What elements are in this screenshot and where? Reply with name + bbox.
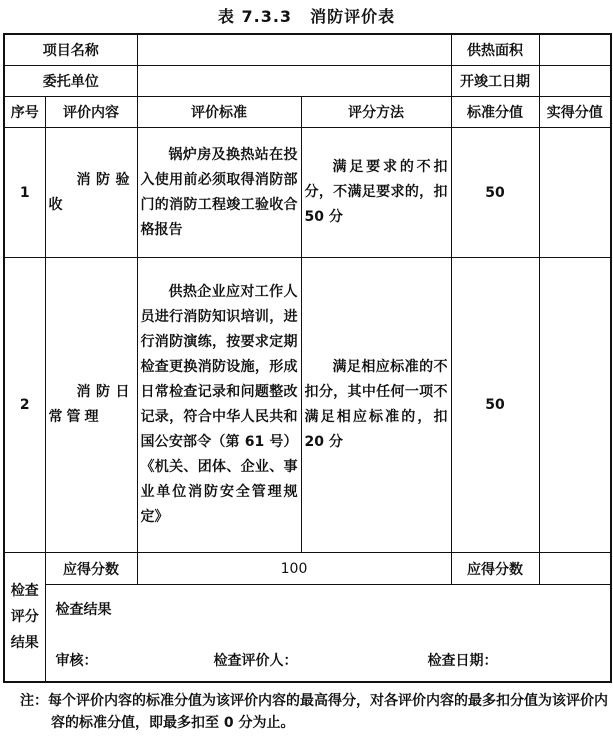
due-score-label: 应得分数 — [45, 553, 137, 585]
col-header-standard: 评价标准 — [137, 97, 301, 128]
check-result-cell[interactable]: 检查结果 审核： 检查评价人： 检查日期： — [45, 585, 611, 683]
footnote: 注：每个评价内容的标准分值为该评价内容的最高得分，对各评价内容的最多扣分值为该评… — [20, 690, 610, 734]
row-standard: 锅炉房及换热站在投入使用前必须取得消防部门的消防工程竣工验收合格报告 — [137, 128, 301, 258]
table-title: 表 7.3.3消防评价表 — [0, 4, 613, 27]
reviewer-label: 审核： — [56, 650, 98, 670]
row-standard: 供热企业应对工作人员进行消防知识培训，进行消防演练，按要求定期检查更换消防设施，… — [137, 258, 301, 553]
table-row: 2 消防日常管理 供热企业应对工作人员进行消防知识培训，进行消防演练，按要求定期… — [4, 258, 611, 553]
start-end-date-value[interactable] — [539, 66, 611, 97]
evaluator-label: 检查评价人： — [214, 650, 298, 670]
check-result-row: 检查结果 审核： 检查评价人： 检查日期： — [4, 585, 611, 683]
table-title-text: 消防评价表 — [310, 7, 395, 26]
due-score-value: 100 — [137, 553, 451, 585]
due-score-value-2[interactable] — [539, 553, 611, 585]
row-actual-score[interactable] — [539, 128, 611, 258]
footnote-text: 注：每个评价内容的标准分值为该评价内容的最高得分，对各评价内容的最多扣分值为该评… — [20, 690, 610, 734]
heating-area-value[interactable] — [539, 34, 611, 66]
project-name-label: 项目名称 — [4, 34, 137, 66]
result-label-text: 检查评分结果 — [10, 578, 40, 656]
project-name-value[interactable] — [137, 34, 451, 66]
row-content: 消防日常管理 — [45, 258, 137, 553]
row-std-score: 50 — [451, 128, 539, 258]
row-std-score: 50 — [451, 258, 539, 553]
table-number: 表 7.3.3 — [218, 7, 292, 26]
row-method: 满足相应标准的不扣分，其中任何一项不满足相应标准的，扣 20 分 — [301, 258, 451, 553]
info-row-client: 委托单位 开竣工日期 — [4, 66, 611, 97]
result-section-label: 检查评分结果 — [4, 553, 45, 683]
row-actual-score[interactable] — [539, 258, 611, 553]
due-score-label-2: 应得分数 — [451, 553, 539, 585]
row-content: 消防验收 — [45, 128, 137, 258]
col-header-no: 序号 — [4, 97, 45, 128]
col-header-std-score: 标准分值 — [451, 97, 539, 128]
fire-evaluation-table: 项目名称 供热面积 委托单位 开竣工日期 序号 评价内容 评价标准 评分方法 标… — [3, 33, 612, 683]
col-header-method: 评分方法 — [301, 97, 451, 128]
col-header-content: 评价内容 — [45, 97, 137, 128]
client-value[interactable] — [137, 66, 451, 97]
due-score-row: 检查评分结果 应得分数 100 应得分数 — [4, 553, 611, 585]
table-row: 1 消防验收 锅炉房及换热站在投入使用前必须取得消防部门的消防工程竣工验收合格报… — [4, 128, 611, 258]
row-method: 满足要求的不扣分，不满足要求的，扣 50 分 — [301, 128, 451, 258]
info-row-project: 项目名称 供热面积 — [4, 34, 611, 66]
heating-area-label: 供热面积 — [451, 34, 539, 66]
check-date-label: 检查日期： — [428, 650, 498, 670]
column-header-row: 序号 评价内容 评价标准 评分方法 标准分值 实得分值 — [4, 97, 611, 128]
row-no: 1 — [4, 128, 45, 258]
check-result-label: 检查结果 — [56, 599, 112, 619]
client-label: 委托单位 — [4, 66, 137, 97]
col-header-actual-score: 实得分值 — [539, 97, 611, 128]
row-no: 2 — [4, 258, 45, 553]
start-end-date-label: 开竣工日期 — [451, 66, 539, 97]
